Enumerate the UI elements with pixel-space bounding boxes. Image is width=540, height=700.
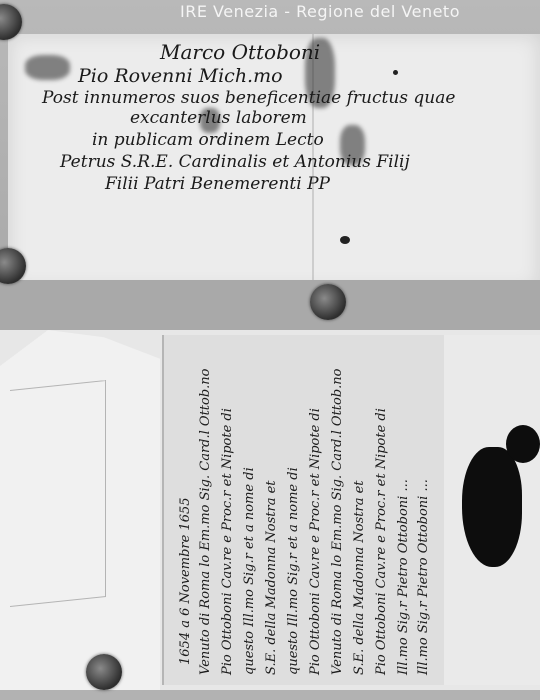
panel-text-line: Venuto di Roma lo Em.mo Sig. Card.l Otto… [330,369,345,676]
panel-text-line: questo Ill.mo Sig.r et a nome di [286,467,301,675]
ink-dot [393,70,398,75]
inscription-line: Marco Ottoboni [160,40,320,64]
panel-text-line: Pio Ottoboni Cav.re e Proc.r et Nipote d… [308,408,323,675]
panel-text-line: Pio Ottoboni Cav.re e Proc.r et Nipote d… [220,408,235,675]
inscription-line: Post innumeros suos beneficentiae fructu… [42,88,455,108]
flap-crease [10,380,106,607]
inscription-line: in publicam ordinem Lecto [92,130,324,150]
watermark: IRE Venezia - Regione del Veneto [180,2,460,21]
wax-seal-dot [506,425,540,463]
background-strip [0,280,540,330]
panel-text-line: Ill.mo Sig.r Pietro Ottoboni ... [416,479,431,675]
inscription-line: excanterlus laborem [130,108,307,128]
pin-tack [310,284,346,320]
inscription-line: Filii Patri Benemerenti PP [105,174,330,194]
panel-text-line: questo Ill.mo Sig.r et a nome di [242,467,257,675]
inscription-line: Pio Rovenni Mich.mo [78,65,283,87]
panel-text-line: Ill.mo Sig.r Pietro Ottoboni ... [396,479,411,675]
wax-seal [462,447,522,567]
written-panel: 1654 a 6 Novembre 1655 Venuto di Roma lo… [162,335,446,685]
ink-stain [25,55,70,80]
panel-text-line: 1654 a 6 Novembre 1655 [178,497,193,665]
panel-text-line: S.E. della Madonna Nostra et [264,481,279,676]
archive-photo: IRE Venezia - Regione del Veneto Marco O… [0,0,540,700]
panel-text-line: Pio Ottoboni Cav.re e Proc.r et Nipote d… [374,408,389,675]
panel-text-line: S.E. della Madonna Nostra et [352,481,367,676]
pin-tack [86,654,122,690]
ink-dot [340,236,350,244]
inscription-line: Petrus S.R.E. Cardinalis et Antonius Fil… [60,152,410,172]
panel-text-line: Venuto di Roma lo Em.mo Sig. Card.l Otto… [198,369,213,676]
